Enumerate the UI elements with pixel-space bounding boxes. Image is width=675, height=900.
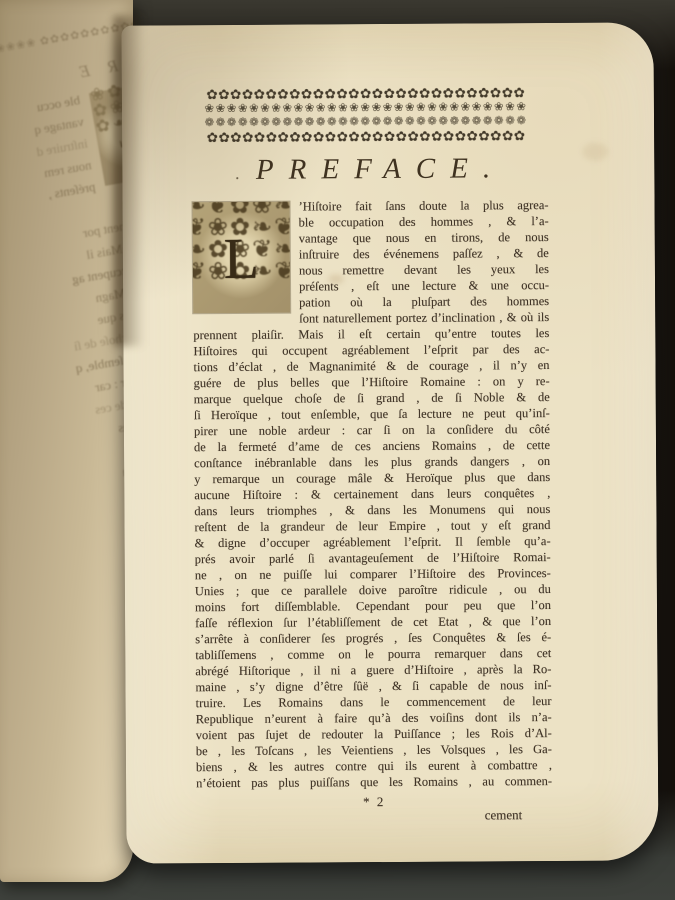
text-line: nous remettre devant les yeux les (299, 261, 549, 279)
previous-page-leaf: ✿✿✿✿✿✿✿✿✿✿ ❀❀❀❀❀❀❀❀❀❀ P R E ❧❦✿❀❧❦❀✿❧❦❧✿… (0, 0, 133, 882)
text-line: ’Hiſtoire fait ſans doute la plus agrea- (299, 197, 549, 215)
title-leading-mark: . (235, 163, 240, 184)
dropcap-letter: L (193, 202, 291, 314)
text-line: vantage que nous en tirons, de nous (299, 229, 549, 247)
body-text-block: ❧❦✿❀❧❦❀✿❧❦❧✿❀❦❧❦❀✿❧❦ L ’Hiſtoire fait ſa… (193, 197, 553, 830)
foxing-spot (582, 143, 608, 161)
book-page: ✿✿✿✿✿✿✿✿✿✿✿✿✿✿✿✿✿✿✿✿✿✿✿✿✿✿✿ ❀❀❀❀❀❀❀❀❀❀❀❀… (121, 22, 658, 863)
decorated-initial-L: ❧❦✿❀❧❦❀✿❧❦❧✿❀❦❧❦❀✿❧❦ L (193, 202, 291, 314)
page-foot-row: * 2 cement (196, 792, 552, 830)
preface-title-row: . PREFACE. (192, 152, 548, 187)
text-line: ble occupation des hommes , & l’a- (299, 213, 549, 231)
antique-book-photo: ✿✿✿✿✿✿✿✿✿✿ ❀❀❀❀❀❀❀❀❀❀ P R E ❧❦✿❀❧❦❀✿❧❦❧✿… (0, 0, 675, 900)
text-line: ſont naturellement portez d’inclination … (299, 309, 549, 327)
page-title: PREFACE. (248, 152, 505, 187)
page-content: ✿✿✿✿✿✿✿✿✿✿✿✿✿✿✿✿✿✿✿✿✿✿✿✿✿✿✿ ❀❀❀❀❀❀❀❀❀❀❀❀… (192, 85, 553, 830)
showthrough-fragment-list: ble occuvantage qinſtruire dnous rempréſ… (0, 77, 133, 882)
fleuron-row-icon: ❁❁❁❁❁❁❁❁❁❁❁❁❁❁❁❁❁❁❁❁❁❁❁❁❁❁❁❁❁ (192, 114, 540, 130)
text-line: pation où la pluſpart des hommes (299, 293, 549, 311)
headpiece-ornament-band: ✿✿✿✿✿✿✿✿✿✿✿✿✿✿✿✿✿✿✿✿✿✿✿✿✿✿✿ ❀❀❀❀❀❀❀❀❀❀❀❀… (192, 85, 540, 145)
text-line: n’étoient pas plus puiſſans que les Roma… (196, 773, 552, 791)
showthrough-mirrored-text: ✿✿✿✿✿✿✿✿✿✿ ❀❀❀❀❀❀❀❀❀❀ P R E ❧❦✿❀❧❦❀✿❧❦❧✿… (0, 19, 133, 882)
catchword: cement (485, 807, 523, 823)
full-width-lines: ſont naturellement portez d’inclination … (193, 309, 552, 791)
text-line: préſents , eſt une lecture & une occu- (299, 277, 549, 295)
text-line: inſtruire des événemens paſſez , & de (299, 245, 549, 263)
fleuron-row-icon: ✿✿✿✿✿✿✿✿✿✿✿✿✿✿✿✿✿✿✿✿✿✿✿✿✿✿✿ (192, 128, 540, 145)
